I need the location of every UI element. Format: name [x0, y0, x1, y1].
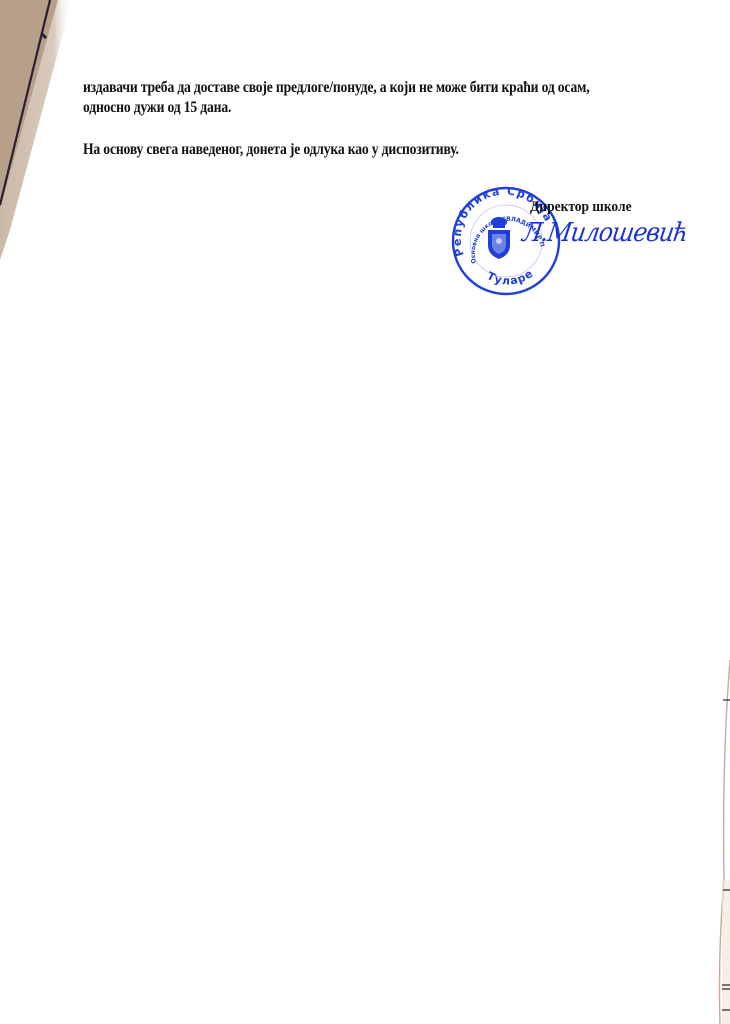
- text-line: На основу свега наведеног, донета је одл…: [83, 140, 459, 160]
- paragraph-deadline: издавачи треба да доставе своје предлоге…: [83, 78, 589, 118]
- coat-of-arms-icon: [488, 217, 510, 259]
- director-signature: Л.Милошевић: [520, 218, 690, 248]
- document-page: издавачи треба да доставе своје предлоге…: [0, 0, 730, 1024]
- director-title: Директор школе: [530, 199, 632, 216]
- paragraph-conclusion: На основу свега наведеног, донета је одл…: [83, 140, 459, 160]
- stamp-bottom-text: Туларе: [485, 267, 536, 288]
- text-line: односно дужи од 15 дана.: [83, 98, 589, 118]
- text-line: издавачи треба да доставе своје предлоге…: [83, 78, 589, 98]
- svg-text:Туларе: Туларе: [485, 267, 536, 288]
